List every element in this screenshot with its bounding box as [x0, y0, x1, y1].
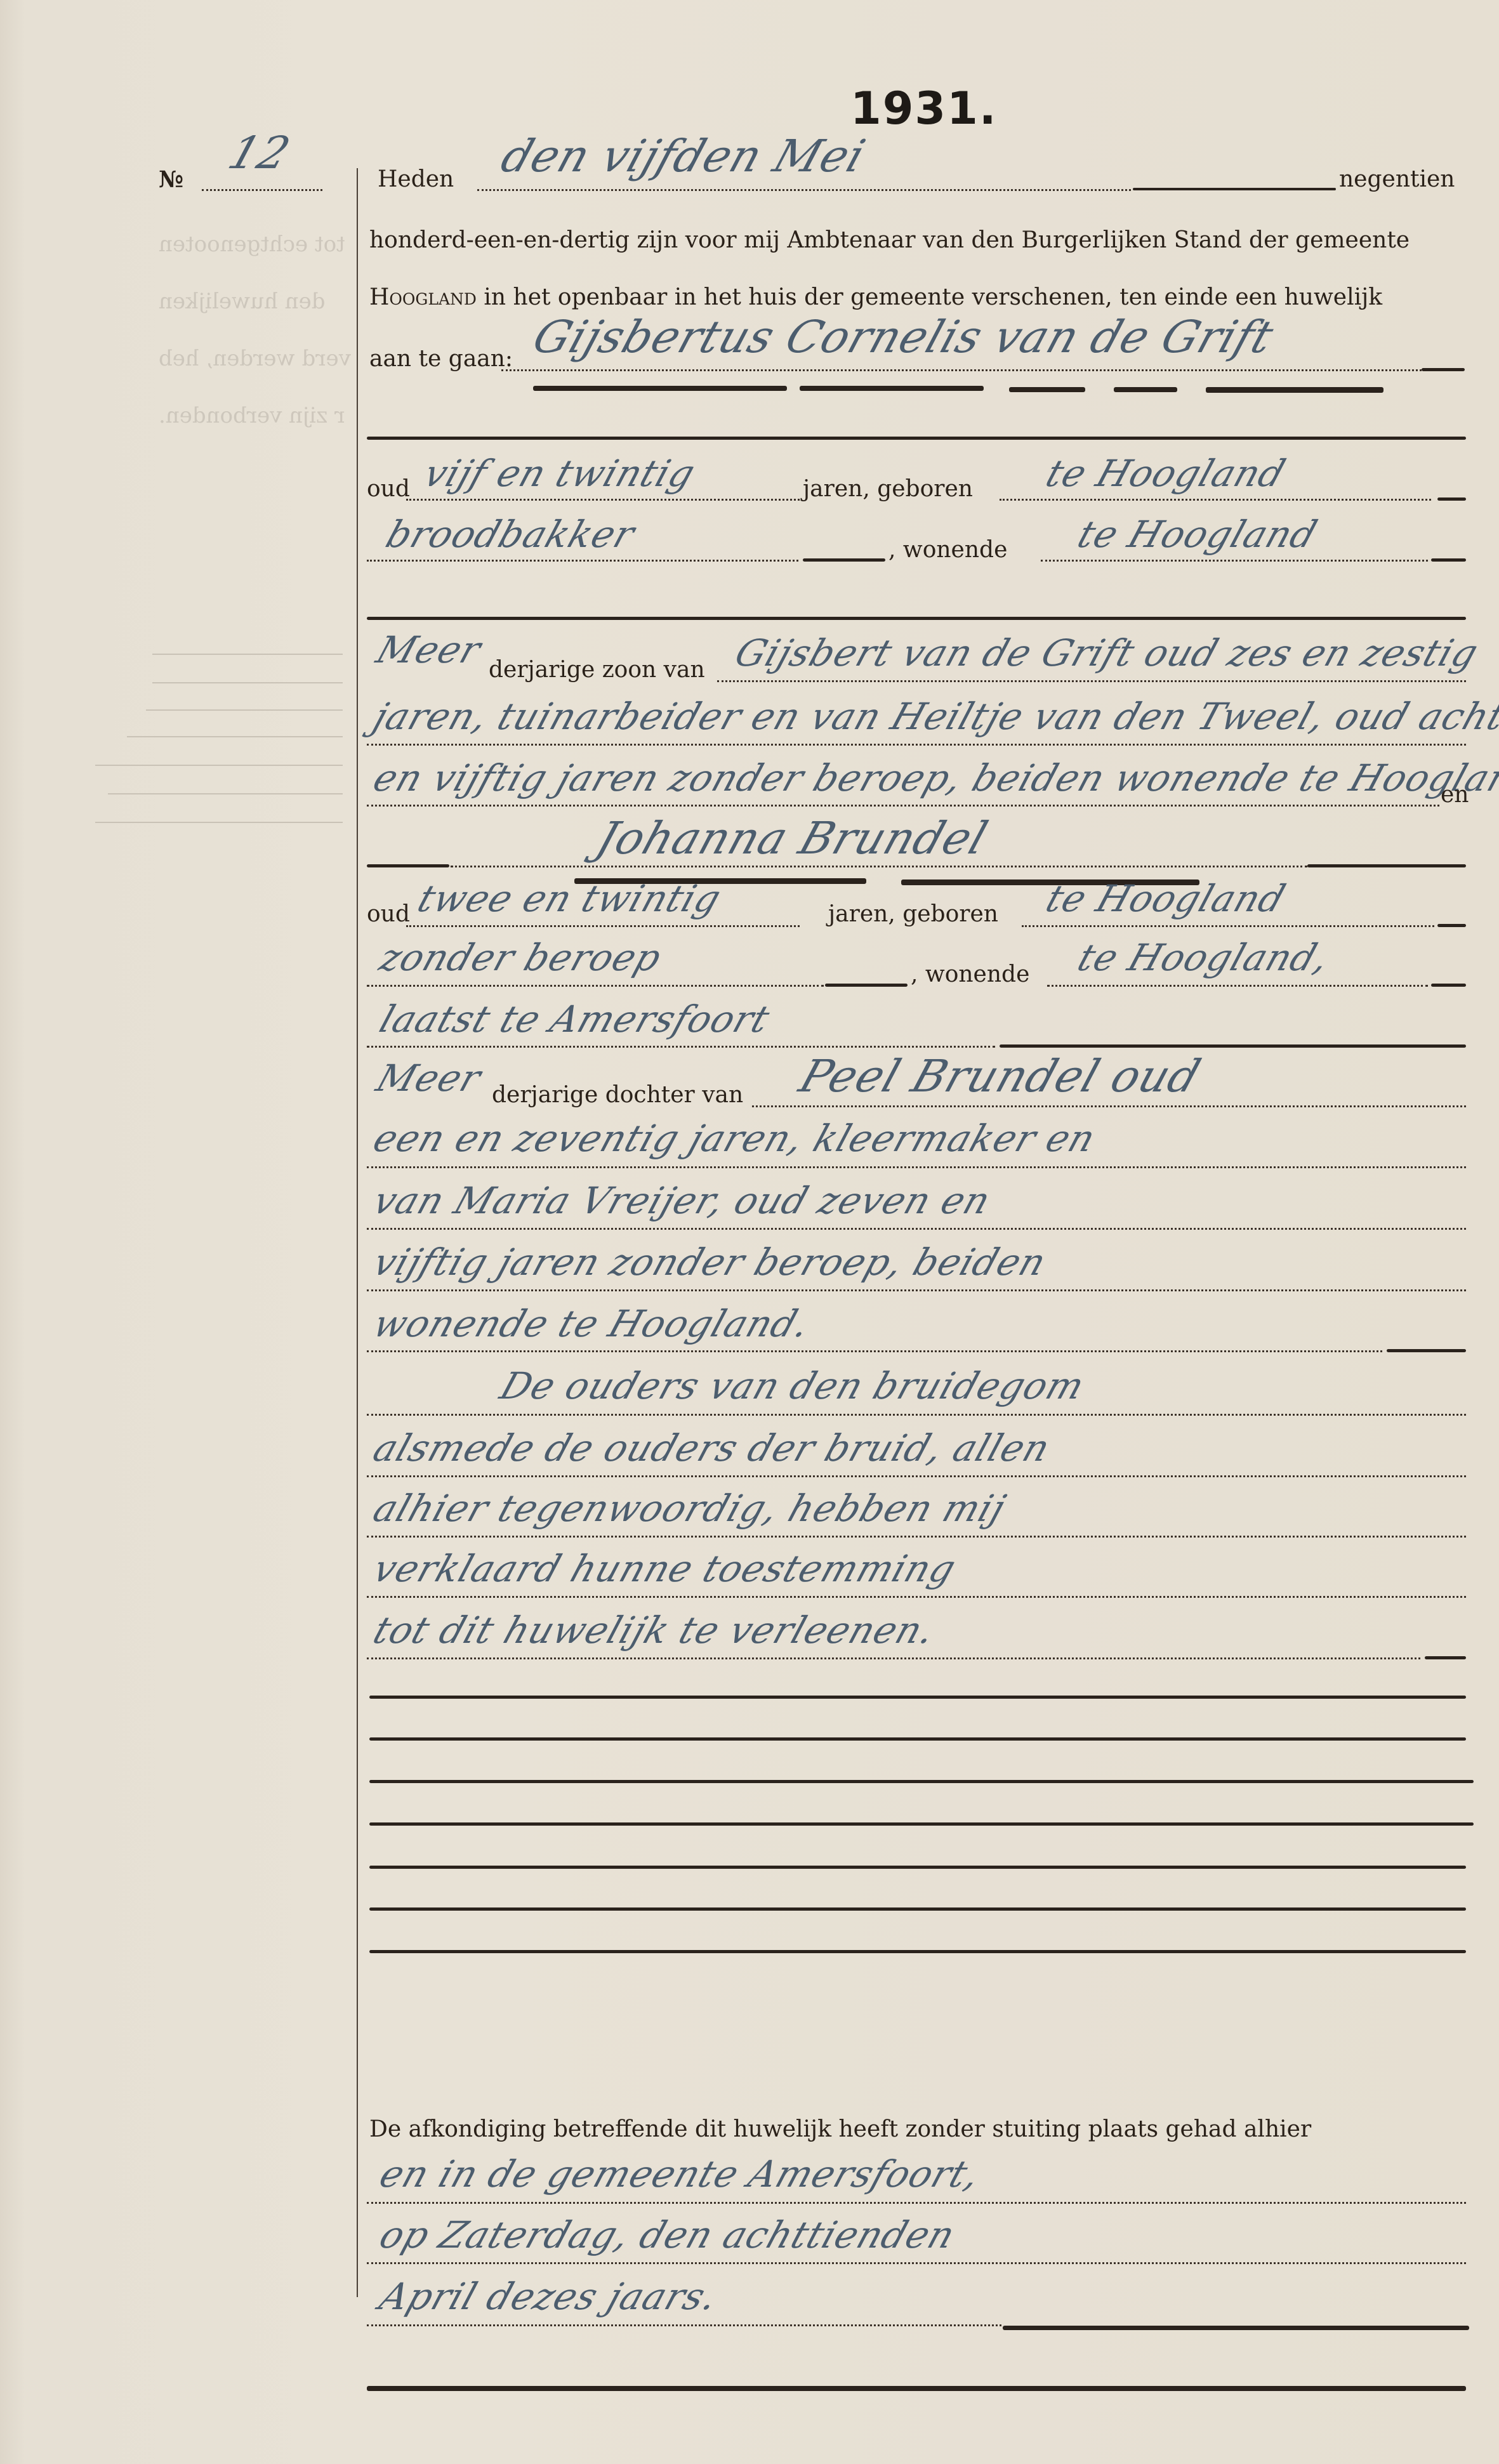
bleed-through-rule: [95, 822, 343, 823]
proclamation-printed: De afkondiging betreffende dit huwelijk …: [369, 2116, 1311, 2142]
bride-parents-line-1: [752, 1105, 1466, 1107]
bleed-through-text: verd werden, heb: [159, 346, 351, 371]
groom-wonende-label: , wonende: [888, 537, 1007, 563]
bleed-through-rule: [95, 765, 343, 766]
bride-birthplace-line: [1022, 925, 1434, 927]
bride-name[interactable]: Johanna Brundel: [590, 812, 994, 864]
bride-jaren-geboren-label: jaren, geboren: [828, 901, 998, 927]
record-number-line: [202, 189, 322, 191]
register-page: tot echtgenooten den huwelijken verd wer…: [0, 0, 1499, 2464]
groom-occupation-line: [367, 560, 798, 562]
consent-text-1[interactable]: De ouders van den bruidegom: [495, 1364, 1090, 1407]
bride-father-details[interactable]: een en zeventig jaren, kleermaker en: [368, 1117, 1101, 1160]
municipality: Hoogland: [369, 284, 477, 310]
heden-label: Heden: [378, 166, 454, 192]
consent-end: [1425, 1656, 1466, 1659]
bleed-through-rule: [127, 736, 343, 737]
bride-age-line: [406, 925, 800, 927]
printed-line-3-rest: in het openbaar in het huis der gemeente…: [484, 284, 1382, 310]
bride-majority-prefix[interactable]: Meer: [371, 1057, 487, 1100]
groom-name-end-rule: [1422, 368, 1465, 371]
name-underline: [1009, 387, 1085, 392]
bride-father[interactable]: Peel Brundel oud: [793, 1050, 1207, 1102]
groom-majority-prefix[interactable]: Meer: [371, 628, 487, 671]
bride-parents-line-2: [367, 1166, 1466, 1168]
bride-parents-residence[interactable]: wonende te Hoogland.: [368, 1302, 816, 1345]
en-label: en: [1441, 782, 1469, 808]
consent-line-4: [367, 1596, 1466, 1598]
bride-occupation-end: [825, 984, 908, 987]
printed-line-3: Hoogland in het openbaar in het huis der…: [369, 284, 1382, 310]
groom-mother[interactable]: jaren, tuinarbeider en van Heiltje van d…: [368, 695, 1499, 738]
proclamation-line-1: [367, 2202, 1466, 2204]
blank-rule: [369, 1737, 1466, 1741]
bride-residence-extra-line: [367, 1046, 995, 1048]
groom-parents-line-3: [367, 805, 1439, 807]
heden-filler-rule: [1133, 188, 1336, 190]
groom-jaren-geboren-label: jaren, geboren: [803, 476, 973, 502]
groom-age-line: [406, 499, 800, 501]
groom-parents-line-1: [717, 680, 1466, 682]
proclamation-text-2[interactable]: op Zaterdag, den achttienden: [374, 2213, 961, 2256]
bride-occupation[interactable]: zonder beroep: [374, 936, 667, 979]
name-underline: [1206, 387, 1383, 393]
name-underline: [533, 386, 787, 391]
blank-rule: [369, 1950, 1466, 1953]
groom-occupation-end: [803, 558, 885, 562]
groom-residence-end: [1431, 558, 1466, 562]
consent-line-1: [367, 1414, 1466, 1416]
blank-rule: [369, 1696, 1466, 1699]
bleed-through-text: r zijn verbonden.: [159, 403, 345, 428]
proclamation-line-3: [367, 2324, 1001, 2326]
bride-name-line: [451, 866, 1307, 867]
bleed-through-text: tot echtgenooten: [159, 232, 345, 257]
bride-name-lead: [367, 864, 449, 867]
printed-line-2: honderd-een-en-dertig zijn voor mij Ambt…: [369, 227, 1410, 253]
groom-name[interactable]: Gijsbertus Cornelis van de Grift: [527, 311, 1280, 363]
groom-occupation[interactable]: broodbakker: [381, 513, 640, 556]
aan-te-gaan-label: aan te gaan:: [369, 346, 513, 372]
section-rule: [367, 437, 1466, 440]
section-rule: [367, 617, 1466, 620]
groom-name-line: [501, 369, 1422, 371]
proclamation-text-1[interactable]: en in de gemeente Amersfoort,: [374, 2152, 986, 2196]
groom-parents-label: derjarige zoon van: [489, 657, 705, 683]
groom-birthplace-line: [1000, 499, 1431, 501]
consent-text-3[interactable]: alhier tegenwoordig, hebben mij: [368, 1487, 1012, 1530]
bleed-through-rule: [146, 709, 343, 711]
groom-birthplace-end: [1437, 497, 1466, 501]
bride-name-end: [1307, 864, 1466, 867]
negentien-label: negentien: [1339, 166, 1455, 192]
bride-residence-line: [1047, 985, 1428, 987]
bride-residence-extra-end: [1000, 1044, 1466, 1048]
consent-line-2: [367, 1475, 1466, 1477]
bride-oud-label: oud: [367, 901, 410, 927]
bride-age[interactable]: twee en twintig: [413, 877, 727, 920]
bride-mother[interactable]: van Maria Vreijer, oud zeven en: [368, 1179, 996, 1222]
bride-parents-line-3: [367, 1228, 1466, 1230]
blank-rule: [369, 1907, 1466, 1911]
bride-wonende-label: , wonende: [911, 961, 1029, 987]
proclamation-text-3[interactable]: April dezes jaars.: [374, 2275, 723, 2318]
groom-birthplace[interactable]: te Hoogland: [1041, 452, 1291, 495]
bride-residence[interactable]: te Hoogland,: [1073, 936, 1335, 979]
consent-text-5[interactable]: tot dit huwelijk te verleenen.: [368, 1609, 941, 1652]
bride-parents-line-4: [367, 1289, 1466, 1291]
bride-mother-details[interactable]: vijftig jaren zonder beroep, beiden: [368, 1241, 1052, 1284]
consent-text-4[interactable]: verklaard hunne toestemming: [368, 1547, 961, 1590]
proclamation-line-2: [367, 2262, 1466, 2264]
margin-rule: [357, 168, 358, 2297]
bride-parents-end: [1387, 1349, 1466, 1352]
name-underline: [1114, 387, 1177, 392]
bride-birthplace[interactable]: te Hoogland: [1041, 877, 1291, 920]
bleed-through-rule: [152, 654, 343, 655]
consent-line-5: [367, 1657, 1420, 1659]
record-number-label: №: [159, 166, 183, 193]
groom-residence-line: [1041, 560, 1428, 562]
blank-rule: [369, 1780, 1474, 1783]
bride-parents-label: derjarige dochter van: [492, 1082, 743, 1108]
record-number[interactable]: 12: [222, 127, 297, 179]
year-heading: 1931.: [850, 82, 997, 135]
consent-text-2[interactable]: alsmede de ouders der bruid, allen: [368, 1426, 1055, 1470]
bleed-through-rule: [152, 682, 343, 683]
heden-line: [477, 189, 1131, 191]
bleed-through-text: den huwelijken: [159, 289, 326, 314]
bride-residence-extra[interactable]: laatst te Amersfoort: [374, 998, 776, 1041]
groom-parents-residence[interactable]: en vijftig jaren zonder beroep, beiden w…: [368, 756, 1499, 800]
bride-occupation-line: [367, 985, 824, 987]
closing-rule: [367, 2386, 1466, 2391]
bride-parents-line-5: [367, 1350, 1382, 1352]
groom-residence[interactable]: te Hoogland: [1073, 513, 1323, 556]
bride-residence-end: [1431, 984, 1466, 987]
groom-parents-line-2: [367, 744, 1466, 746]
bride-birthplace-end: [1437, 924, 1466, 927]
consent-line-3: [367, 1536, 1466, 1538]
name-underline: [800, 386, 984, 391]
blank-rule: [369, 1822, 1474, 1826]
bleed-through-rule: [108, 793, 343, 794]
groom-oud-label: oud: [367, 476, 410, 502]
proclamation-end: [1003, 2326, 1469, 2330]
groom-age[interactable]: vijf en twintig: [419, 452, 701, 495]
blank-rule: [369, 1866, 1466, 1869]
marriage-date[interactable]: den vijfden Mei: [495, 130, 872, 182]
groom-father[interactable]: Gijsbert van de Grift oud zes en zestig: [730, 631, 1484, 675]
